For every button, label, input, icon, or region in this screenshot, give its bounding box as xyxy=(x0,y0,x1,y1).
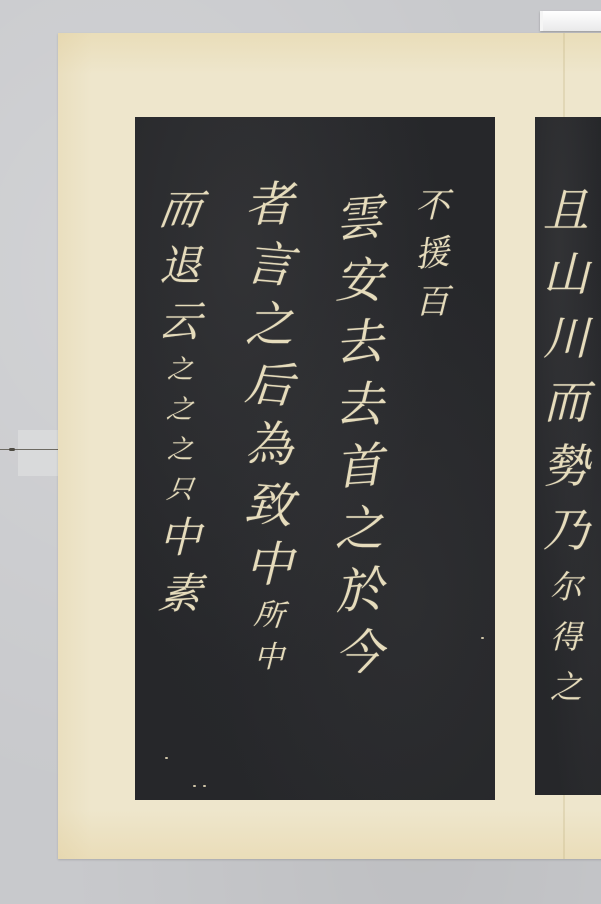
character: 之 xyxy=(167,437,193,463)
character: 退 xyxy=(159,245,201,287)
character: 之 xyxy=(335,505,383,553)
character: 今 xyxy=(335,629,383,677)
calligraphy-column-3: 者 言 之 后 為 致 中 所 中 xyxy=(245,181,293,673)
character: 只 xyxy=(165,477,195,503)
calligraphy-column-2: 雲 安 去 去 首 之 於 今 xyxy=(335,195,383,677)
character: 云 xyxy=(156,301,204,343)
binding-knot xyxy=(9,448,15,451)
character: 尔 xyxy=(550,571,582,603)
character: 之 xyxy=(165,397,195,423)
rubbing-panel-left: 不 援 百 雲 安 去 去 首 之 於 今 者 言 之 后 為 致 中 所 中 … xyxy=(135,117,495,800)
character: 去 xyxy=(333,317,384,368)
ink-speck xyxy=(203,785,206,787)
character: 山 xyxy=(543,251,589,297)
character: 而 xyxy=(156,189,204,231)
character: 而 xyxy=(543,379,589,425)
character: 且 xyxy=(543,187,589,233)
character: 素 xyxy=(156,573,204,615)
character: 之 xyxy=(550,671,582,703)
character: 不 xyxy=(415,189,449,223)
character: 致 xyxy=(243,479,295,531)
character: 於 xyxy=(333,565,384,616)
ink-speck xyxy=(165,757,168,759)
character: 為 xyxy=(245,421,293,469)
character: 川 xyxy=(543,315,589,361)
album-leaf-paper: 不 援 百 雲 安 去 去 首 之 於 今 者 言 之 后 為 致 中 所 中 … xyxy=(58,33,601,859)
ink-speck xyxy=(193,785,196,787)
character: 者 xyxy=(245,181,293,229)
character: 去 xyxy=(335,381,383,429)
character: 之 xyxy=(245,301,293,349)
calligraphy-column-right: 且 山 川 而 勢 乃 尔 得 之 xyxy=(543,187,589,703)
character: 首 xyxy=(333,441,384,492)
character: 后 xyxy=(243,359,295,411)
ink-speck xyxy=(481,637,484,639)
character: 中 xyxy=(159,517,201,559)
character: 雲 xyxy=(333,193,384,244)
character: 所 xyxy=(253,600,286,633)
character: 安 xyxy=(335,257,383,305)
character: 中 xyxy=(254,643,284,673)
character: 乃 xyxy=(543,507,589,553)
calligraphy-column-4: 而 退 云 之 之 之 只 中 素 xyxy=(159,189,201,615)
rubbing-panel-right: 且 山 川 而 勢 乃 尔 得 之 xyxy=(535,117,601,795)
character: 援 xyxy=(413,235,450,272)
calligraphy-column-1: 不 援 百 xyxy=(415,189,449,319)
character: 中 xyxy=(245,541,293,589)
character: 言 xyxy=(243,239,295,291)
character: 勢 xyxy=(543,443,589,489)
character: 百 xyxy=(415,285,449,319)
album-edge-tab xyxy=(540,11,601,31)
character: 得 xyxy=(550,621,582,653)
character: 之 xyxy=(167,357,193,383)
side-paper-tab xyxy=(18,430,60,476)
